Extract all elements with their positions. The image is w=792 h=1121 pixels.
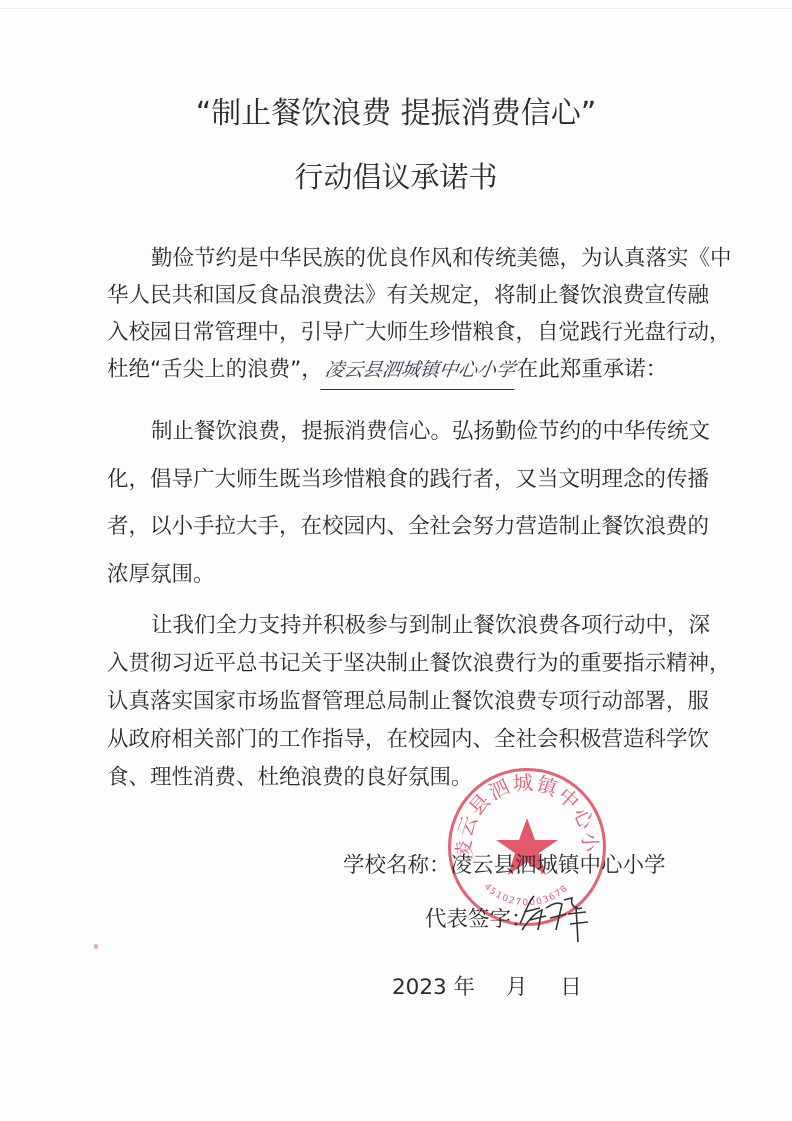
paragraph-intro: 勤俭节约是中华民族的优良作风和传统美德，为认真落实《中 华人民共和国反食品浪费法… xyxy=(107,240,695,390)
paragraph-line: 让我们全力支持并积极参与到制止餐饮浪费各项行动中，深 xyxy=(107,607,695,645)
paragraph-line: 制止餐饮浪费，提振消费信心。弘扬勤俭节约的中华传统文 xyxy=(107,408,695,456)
school-name: 凌云县泗城镇中心小学 xyxy=(451,853,666,878)
paragraph-line: 入贯彻习近平总书记关于坚决制止餐饮浪费行为的重要指示精神， xyxy=(107,645,695,683)
paragraph-line: 者，以小手拉大手，在校园内、全社会努力营造制止餐饮浪费的 xyxy=(107,503,695,551)
ink-spot xyxy=(94,944,98,949)
line-suffix: 在此郑重承诺： xyxy=(517,357,668,382)
scan-edge-line xyxy=(0,8,792,9)
paragraph-line: 浓厚氛围。 xyxy=(107,551,695,599)
paragraph-line: 从政府相关部门的工作指导，在校园内、全社会积极营造科学饮 xyxy=(107,721,695,759)
document-title-line1: “制止餐饮浪费 提振消费信心” xyxy=(0,88,792,132)
date-year: 2023 年 xyxy=(392,975,475,1000)
handwritten-signature-icon xyxy=(516,890,596,950)
document-title-line2: 行动倡议承诺书 xyxy=(0,155,792,196)
paragraph-line: 入校园日常管理中，引导广大师生珍惜粮食，自觉践行光盘行动， xyxy=(107,314,695,351)
paragraph-line: 认真落实国家市场监督管理总局制止餐饮浪费专项行动部署，服 xyxy=(107,683,695,721)
line-prefix: 杜绝“舌尖上的浪费”， xyxy=(107,357,323,382)
paragraph-line: 勤俭节约是中华民族的优良作风和传统美德，为认真落实《中 xyxy=(107,240,695,277)
school-name-row: 学校名称：凌云县泗城镇中心小学 xyxy=(343,848,666,879)
date-day: 日 xyxy=(560,975,582,1000)
date-month: 月 xyxy=(506,975,528,1000)
paragraph-line: 华人民共和国反食品浪费法》有关规定，将制止餐饮浪费宣传融 xyxy=(107,277,695,314)
handwritten-school-name: 凌云县泗城镇中心小学 xyxy=(320,352,519,390)
paragraph-line: 食、理性消费、杜绝浪费的良好氛围。 xyxy=(107,759,695,797)
paragraph-support: 让我们全力支持并积极参与到制止餐饮浪费各项行动中，深 入贯彻习近平总书记关于坚决… xyxy=(107,607,695,797)
paragraph-line-last: 杜绝“舌尖上的浪费”，凌云县泗城镇中心小学在此郑重承诺： xyxy=(107,351,695,390)
school-label: 学校名称： xyxy=(343,853,451,878)
paragraph-commitment: 制止餐饮浪费，提振消费信心。弘扬勤俭节约的中华传统文 化，倡导广大师生既当珍惜粮… xyxy=(107,408,695,598)
paragraph-line: 化，倡导广大师生既当珍惜粮食的践行者，又当文明理念的传播 xyxy=(107,456,695,504)
date-row: 2023 年 月 日 xyxy=(392,970,600,1001)
